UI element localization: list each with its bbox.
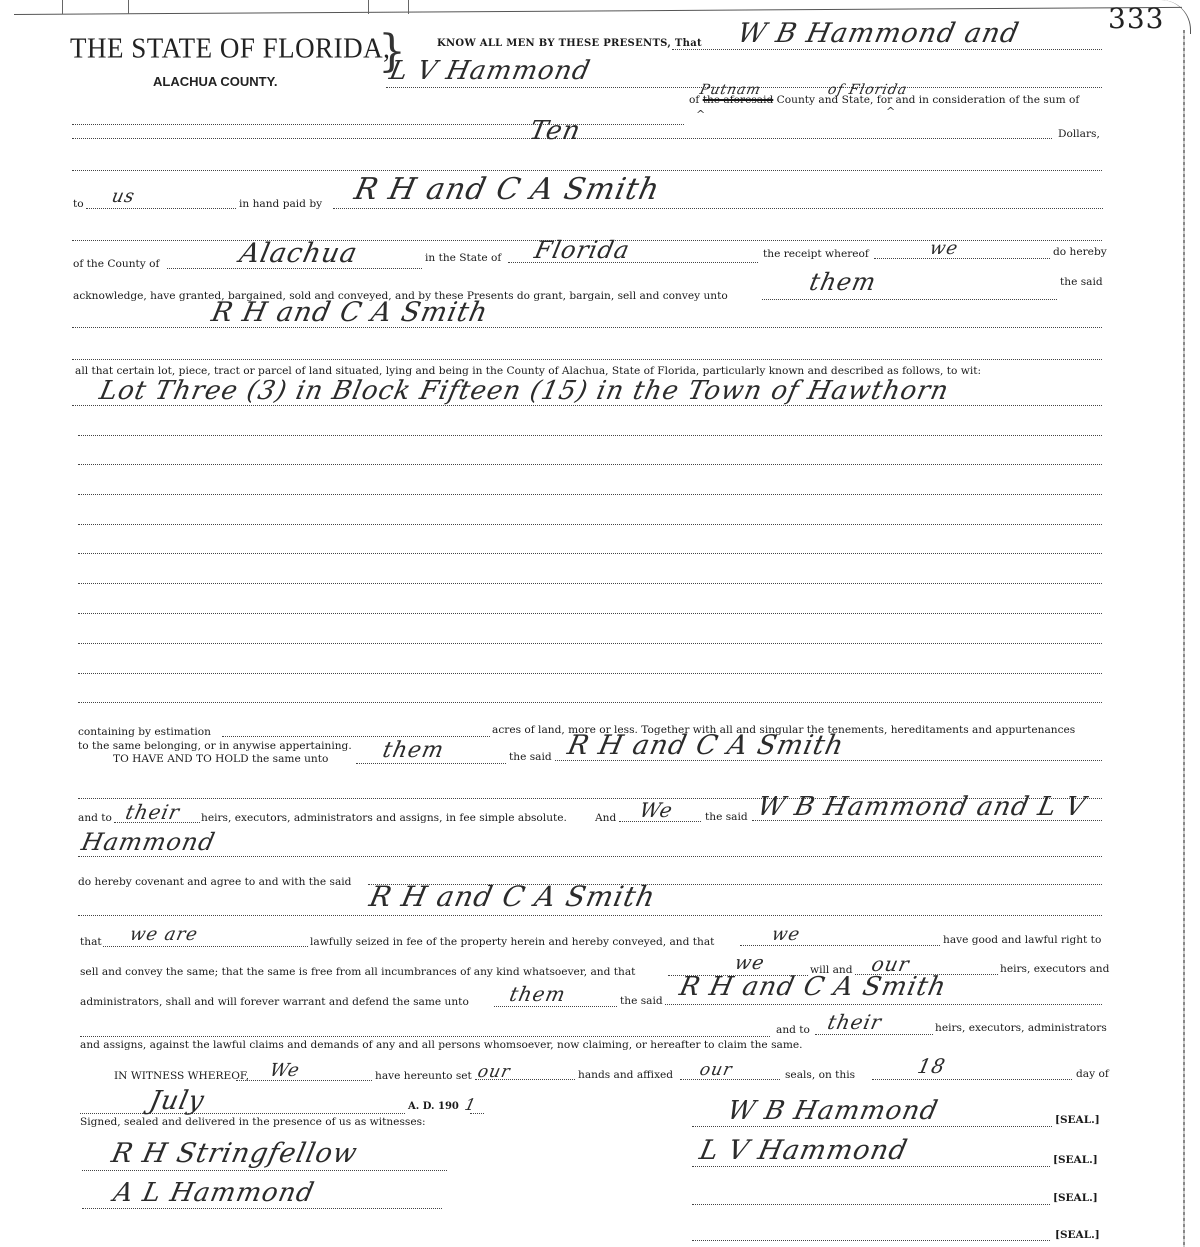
- land-description: Lot Three (3) in Block Fifteen (15) in t…: [97, 376, 952, 406]
- unto-value: them: [807, 268, 879, 296]
- acres-line: [222, 736, 490, 737]
- receipt-line: [874, 258, 1050, 259]
- grantee-state: Florida: [532, 236, 633, 264]
- sum-amount: Ten: [527, 116, 584, 146]
- receipt-value: we: [928, 238, 961, 259]
- grantors-name-2: Hammond: [79, 828, 218, 856]
- our-value-2: our: [698, 1060, 735, 1080]
- the-said-label: the said: [1060, 276, 1103, 288]
- county-title: ALACHUA COUNTY.: [153, 74, 277, 89]
- covenant-line-2: [78, 915, 1102, 916]
- binding-tick: [368, 0, 369, 14]
- binding-tick: [128, 0, 129, 14]
- ad-label: A. D. 190: [408, 1101, 459, 1113]
- do-hereby-label: do hereby: [1053, 246, 1107, 258]
- habendum-unto: them: [380, 738, 446, 763]
- habendum-the-said: the said: [509, 751, 552, 763]
- grantee-name: R H and C A Smith: [209, 297, 491, 328]
- payer-name: R H and C A Smith: [351, 172, 663, 207]
- seals-label: seals, on this: [785, 1069, 855, 1081]
- description-line: [78, 464, 1102, 465]
- description-line: [78, 613, 1102, 614]
- grantor-name-2: L V Hammond: [387, 56, 593, 86]
- state-title: THE STATE OF FLORIDA,: [70, 32, 390, 65]
- description-line: [78, 673, 1102, 674]
- witness-name-2: A L Hammond: [111, 1178, 317, 1208]
- grantor-line-1: [672, 49, 1102, 50]
- we-line-2: [740, 945, 940, 946]
- that-label: that: [80, 936, 102, 948]
- know-all-men-text: KNOW ALL MEN BY THESE PRESENTS, That: [437, 38, 702, 49]
- unto-line: [762, 299, 1057, 300]
- dollars-label: Dollars,: [1058, 128, 1100, 140]
- description-line: [78, 524, 1102, 525]
- to-have-label: TO HAVE AND TO HOLD the same unto: [113, 753, 328, 765]
- habendum-grantee: R H and C A Smith: [565, 730, 847, 761]
- grantee-county: Alachua: [237, 238, 361, 269]
- hands-label: hands and affixed: [578, 1069, 673, 1081]
- defend-unto: them: [507, 982, 568, 1006]
- seal-label-2: [SEAL.]: [1053, 1154, 1098, 1166]
- heirs-exec-text: heirs, executors and: [1000, 963, 1109, 975]
- witness-line-1: [82, 1170, 447, 1171]
- seal-label-1: [SEAL.]: [1055, 1114, 1100, 1126]
- signature-2: L V Hammond: [697, 1135, 911, 1166]
- defend-grantee: R H and C A Smith: [677, 972, 949, 1002]
- signature-1: W B Hammond: [725, 1096, 941, 1126]
- our-value-1: our: [476, 1062, 513, 1082]
- blank-line: [72, 359, 1102, 360]
- grantor-name-1: W B Hammond and: [735, 18, 1022, 49]
- their-value: their: [825, 1010, 884, 1034]
- signature-line-1: [692, 1126, 1052, 1127]
- and-to-label-2: and to: [776, 1024, 810, 1036]
- defend-the-said: the said: [620, 995, 663, 1007]
- the-said-label-2: the said: [705, 811, 748, 823]
- blank-line: [80, 1036, 770, 1037]
- binding-tick: [62, 0, 63, 14]
- in-state-label: in the State of: [425, 252, 501, 264]
- to-value: us: [110, 186, 137, 207]
- heirs-text: heirs, executors, administrators and ass…: [201, 812, 567, 824]
- covenant-text: do hereby covenant and agree to and with…: [78, 876, 351, 888]
- month-line: [80, 1113, 405, 1114]
- defend-unto-line: [494, 1006, 617, 1007]
- signature-line-2: [692, 1166, 1050, 1167]
- signature-line-4: [692, 1240, 1050, 1241]
- paid-by-label: in hand paid by: [239, 198, 322, 210]
- of-label: of the aforesaid County and State, for a…: [689, 94, 1079, 106]
- to-label: to: [73, 198, 84, 210]
- will-we-value: we: [733, 952, 767, 974]
- that-line: [103, 946, 308, 947]
- witness-line-2: [82, 1208, 442, 1209]
- description-line: [78, 583, 1102, 584]
- seal-label-3: [SEAL.]: [1053, 1192, 1098, 1204]
- day-value: 18: [915, 1054, 948, 1078]
- hereunto-label: have hereunto set: [375, 1070, 472, 1082]
- description-line: [78, 435, 1102, 436]
- heirs-value: their: [123, 800, 182, 824]
- grantors-name-1: W B Hammond and L V: [755, 792, 1089, 822]
- signature-line-3: [692, 1204, 1050, 1205]
- and-label: And: [595, 812, 616, 824]
- in-witness-label: IN WITNESS WHEREOF,: [114, 1070, 249, 1082]
- witness-we-line: [236, 1080, 372, 1081]
- witness-we: We: [268, 1060, 302, 1081]
- to-line: [86, 208, 236, 209]
- description-line: [78, 643, 1102, 644]
- receipt-label: the receipt whereof: [763, 248, 869, 260]
- description-line: [78, 553, 1102, 554]
- sell-text: sell and convey the same; that the same …: [80, 966, 635, 978]
- we-value: We: [637, 798, 675, 822]
- admin-text: administrators, shall and will forever w…: [80, 996, 469, 1008]
- month-value: July: [147, 1086, 208, 1116]
- blank-line: [72, 124, 684, 125]
- heirs-admin-text: heirs, executors, administrators: [935, 1022, 1107, 1034]
- belonging-text: to the same belonging, or in anywise app…: [78, 740, 352, 752]
- insertion-caret: ^: [886, 105, 895, 118]
- assigns-text: and assigns, against the lawful claims a…: [80, 1039, 803, 1051]
- day-line: [872, 1079, 1072, 1080]
- right-text: have good and lawful right to: [943, 934, 1101, 946]
- page-corner-curl: [1160, 0, 1191, 34]
- habendum-unto-line: [356, 763, 506, 764]
- and-to-label: and to: [78, 812, 112, 824]
- description-line: [78, 494, 1102, 495]
- page-right-edge: [1183, 30, 1185, 1247]
- year-line: [470, 1113, 484, 1114]
- containing-label: containing by estimation: [78, 726, 211, 738]
- binding-tick: [408, 0, 409, 14]
- of-county-label: of the County of: [73, 258, 159, 270]
- grantors-line-2: [78, 856, 1102, 857]
- seized-text: lawfully seized in fee of the property h…: [310, 936, 714, 948]
- that-value: we are: [128, 924, 200, 945]
- covenant-grantee: R H and C A Smith: [366, 880, 658, 913]
- blank-line: [72, 170, 1102, 171]
- insertion-caret: ^: [696, 108, 705, 121]
- year-digit: 1: [463, 1095, 478, 1114]
- seal-label-4: [SEAL.]: [1055, 1229, 1100, 1241]
- page-top-edge: [14, 7, 1182, 15]
- payer-line: [333, 208, 1103, 209]
- page-number: 333: [1108, 2, 1164, 35]
- their-line: [815, 1034, 933, 1035]
- day-of-label: day of: [1076, 1068, 1109, 1080]
- struck-text: the aforesaid: [703, 94, 774, 106]
- description-line: [78, 702, 1102, 703]
- deed-page: 333 THE STATE OF FLORIDA, ALACHUA COUNTY…: [0, 0, 1200, 1247]
- we-value-2: we: [770, 924, 803, 945]
- witness-name-1: R H Stringfellow: [109, 1138, 361, 1169]
- signed-label: Signed, sealed and delivered in the pres…: [80, 1116, 426, 1128]
- defend-grantee-line: [665, 1004, 1102, 1005]
